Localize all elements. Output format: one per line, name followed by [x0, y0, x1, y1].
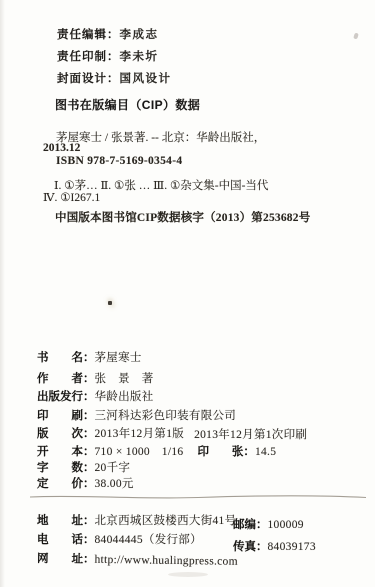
postcode-value: 100009 — [268, 519, 304, 531]
pub-row-title: 书 名：茅屋寒士 — [37, 349, 142, 365]
pub-label: 书 名： — [37, 352, 95, 364]
cip-title-line: 茅屋寒士 / 张景著. -- 北京：华龄出版社， — [56, 129, 265, 145]
contact-label: 电 话： — [37, 534, 95, 546]
contact-value: 84044445（发行部） — [95, 534, 202, 546]
scan-artifact-smudge — [168, 572, 208, 577]
cip-record-number-line: 中国版本图书馆CIP数据核字（2013）第253682号 — [55, 209, 310, 225]
credits-block: 责任编辑：李成志 责任印制：李未圻 封面设计：国风设计 — [57, 24, 172, 90]
pub-row-printer: 印 刷：三河科达彩色印装有限公司 — [37, 407, 236, 423]
pub-value-sheets: 14.5 — [255, 446, 276, 458]
contact-label: 网 址： — [37, 553, 95, 566]
cip-classification-line2: Ⅳ. ①I267.1 — [43, 190, 100, 204]
cip-heading: 图书在版编目（CIP）数据 — [55, 96, 200, 113]
pub-value: 710 × 1000 1/16 — [95, 446, 184, 458]
book-copyright-page: 责任编辑：李成志 责任印制：李未圻 封面设计：国风设计 图书在版编目（CIP）数… — [0, 0, 375, 587]
cip-isbn-line: ISBN 978-7-5169-0354-4 — [56, 155, 182, 167]
pub-label: 开 本： — [37, 446, 95, 458]
pub-value: 2013年12月第1版 — [95, 428, 185, 440]
pub-row-publisher: 出版发行：华龄出版社 — [37, 388, 154, 404]
contact-label: 地 址： — [37, 515, 95, 527]
pub-label: 字 数： — [37, 462, 95, 474]
pub-row-format: 开 本：710 × 1000 1/16印 张：14.5 — [37, 443, 276, 459]
credit-label: 封面设计： — [57, 73, 120, 85]
pub-label: 作 者： — [37, 373, 95, 385]
credit-value: 李未圻 — [120, 51, 159, 63]
pub-row-word-count: 字 数：20千字 — [37, 459, 130, 475]
contact-right-fax: 传真：84039173 — [233, 538, 316, 554]
credit-row-printing: 责任印制：李未圻 — [57, 46, 172, 68]
postcode-label: 邮编： — [233, 519, 268, 531]
cip-date-line: 2013.12 — [43, 142, 80, 154]
contact-row-phone: 电 话：84044445（发行部） 传真：84039173 — [37, 531, 202, 547]
fax-value: 84039173 — [268, 541, 316, 553]
separator-rule — [28, 492, 368, 502]
pub-value: 20千字 — [95, 462, 131, 474]
credit-label: 责任印制： — [57, 51, 120, 63]
pub-value: 茅屋寒士 — [95, 352, 142, 364]
contact-row-website: 网 址：http://www.hualingpress.com — [37, 550, 238, 569]
contact-right-postcode: 邮编：100009 — [233, 516, 304, 532]
pub-label: 版 次： — [37, 428, 95, 440]
pub-value: 华龄出版社 — [95, 391, 154, 403]
pub-label: 出版发行： — [37, 391, 95, 403]
scan-edge-shading — [0, 0, 5, 587]
website-url: http://www.hualingpress.com — [94, 554, 238, 568]
fax-label: 传真： — [233, 541, 268, 553]
pub-row-edition: 版 次：2013年12月第1版2013年12月第1次印刷 — [37, 425, 307, 441]
credit-row-cover-design: 封面设计：国风设计 — [57, 68, 172, 90]
pub-label: 定 价： — [37, 478, 95, 490]
pub-value: 张 景 著 — [95, 373, 154, 385]
credit-value: 李成志 — [120, 29, 159, 41]
scan-artifact-dot — [108, 301, 112, 305]
credit-label: 责任编辑： — [57, 29, 120, 41]
credit-value: 国风设计 — [120, 73, 172, 85]
credit-row-editor: 责任编辑：李成志 — [57, 24, 172, 46]
contact-row-address: 地 址：北京西城区鼓楼西大街41号 邮编：100009 — [37, 512, 236, 528]
pub-value: 三河科达彩色印装有限公司 — [95, 410, 237, 422]
pub-label: 印 刷： — [37, 410, 95, 422]
contact-value: 北京西城区鼓楼西大街41号 — [95, 515, 237, 527]
pub-value-printing-run: 2013年12月第1次印刷 — [194, 426, 307, 442]
pub-row-author: 作 者：张 景 著 — [37, 370, 154, 386]
pub-label-sheets: 印 张： — [197, 443, 255, 459]
pub-value: 38.00元 — [95, 478, 134, 490]
scan-artifact-mark — [353, 33, 359, 40]
pub-row-price: 定 价：38.00元 — [37, 475, 134, 491]
